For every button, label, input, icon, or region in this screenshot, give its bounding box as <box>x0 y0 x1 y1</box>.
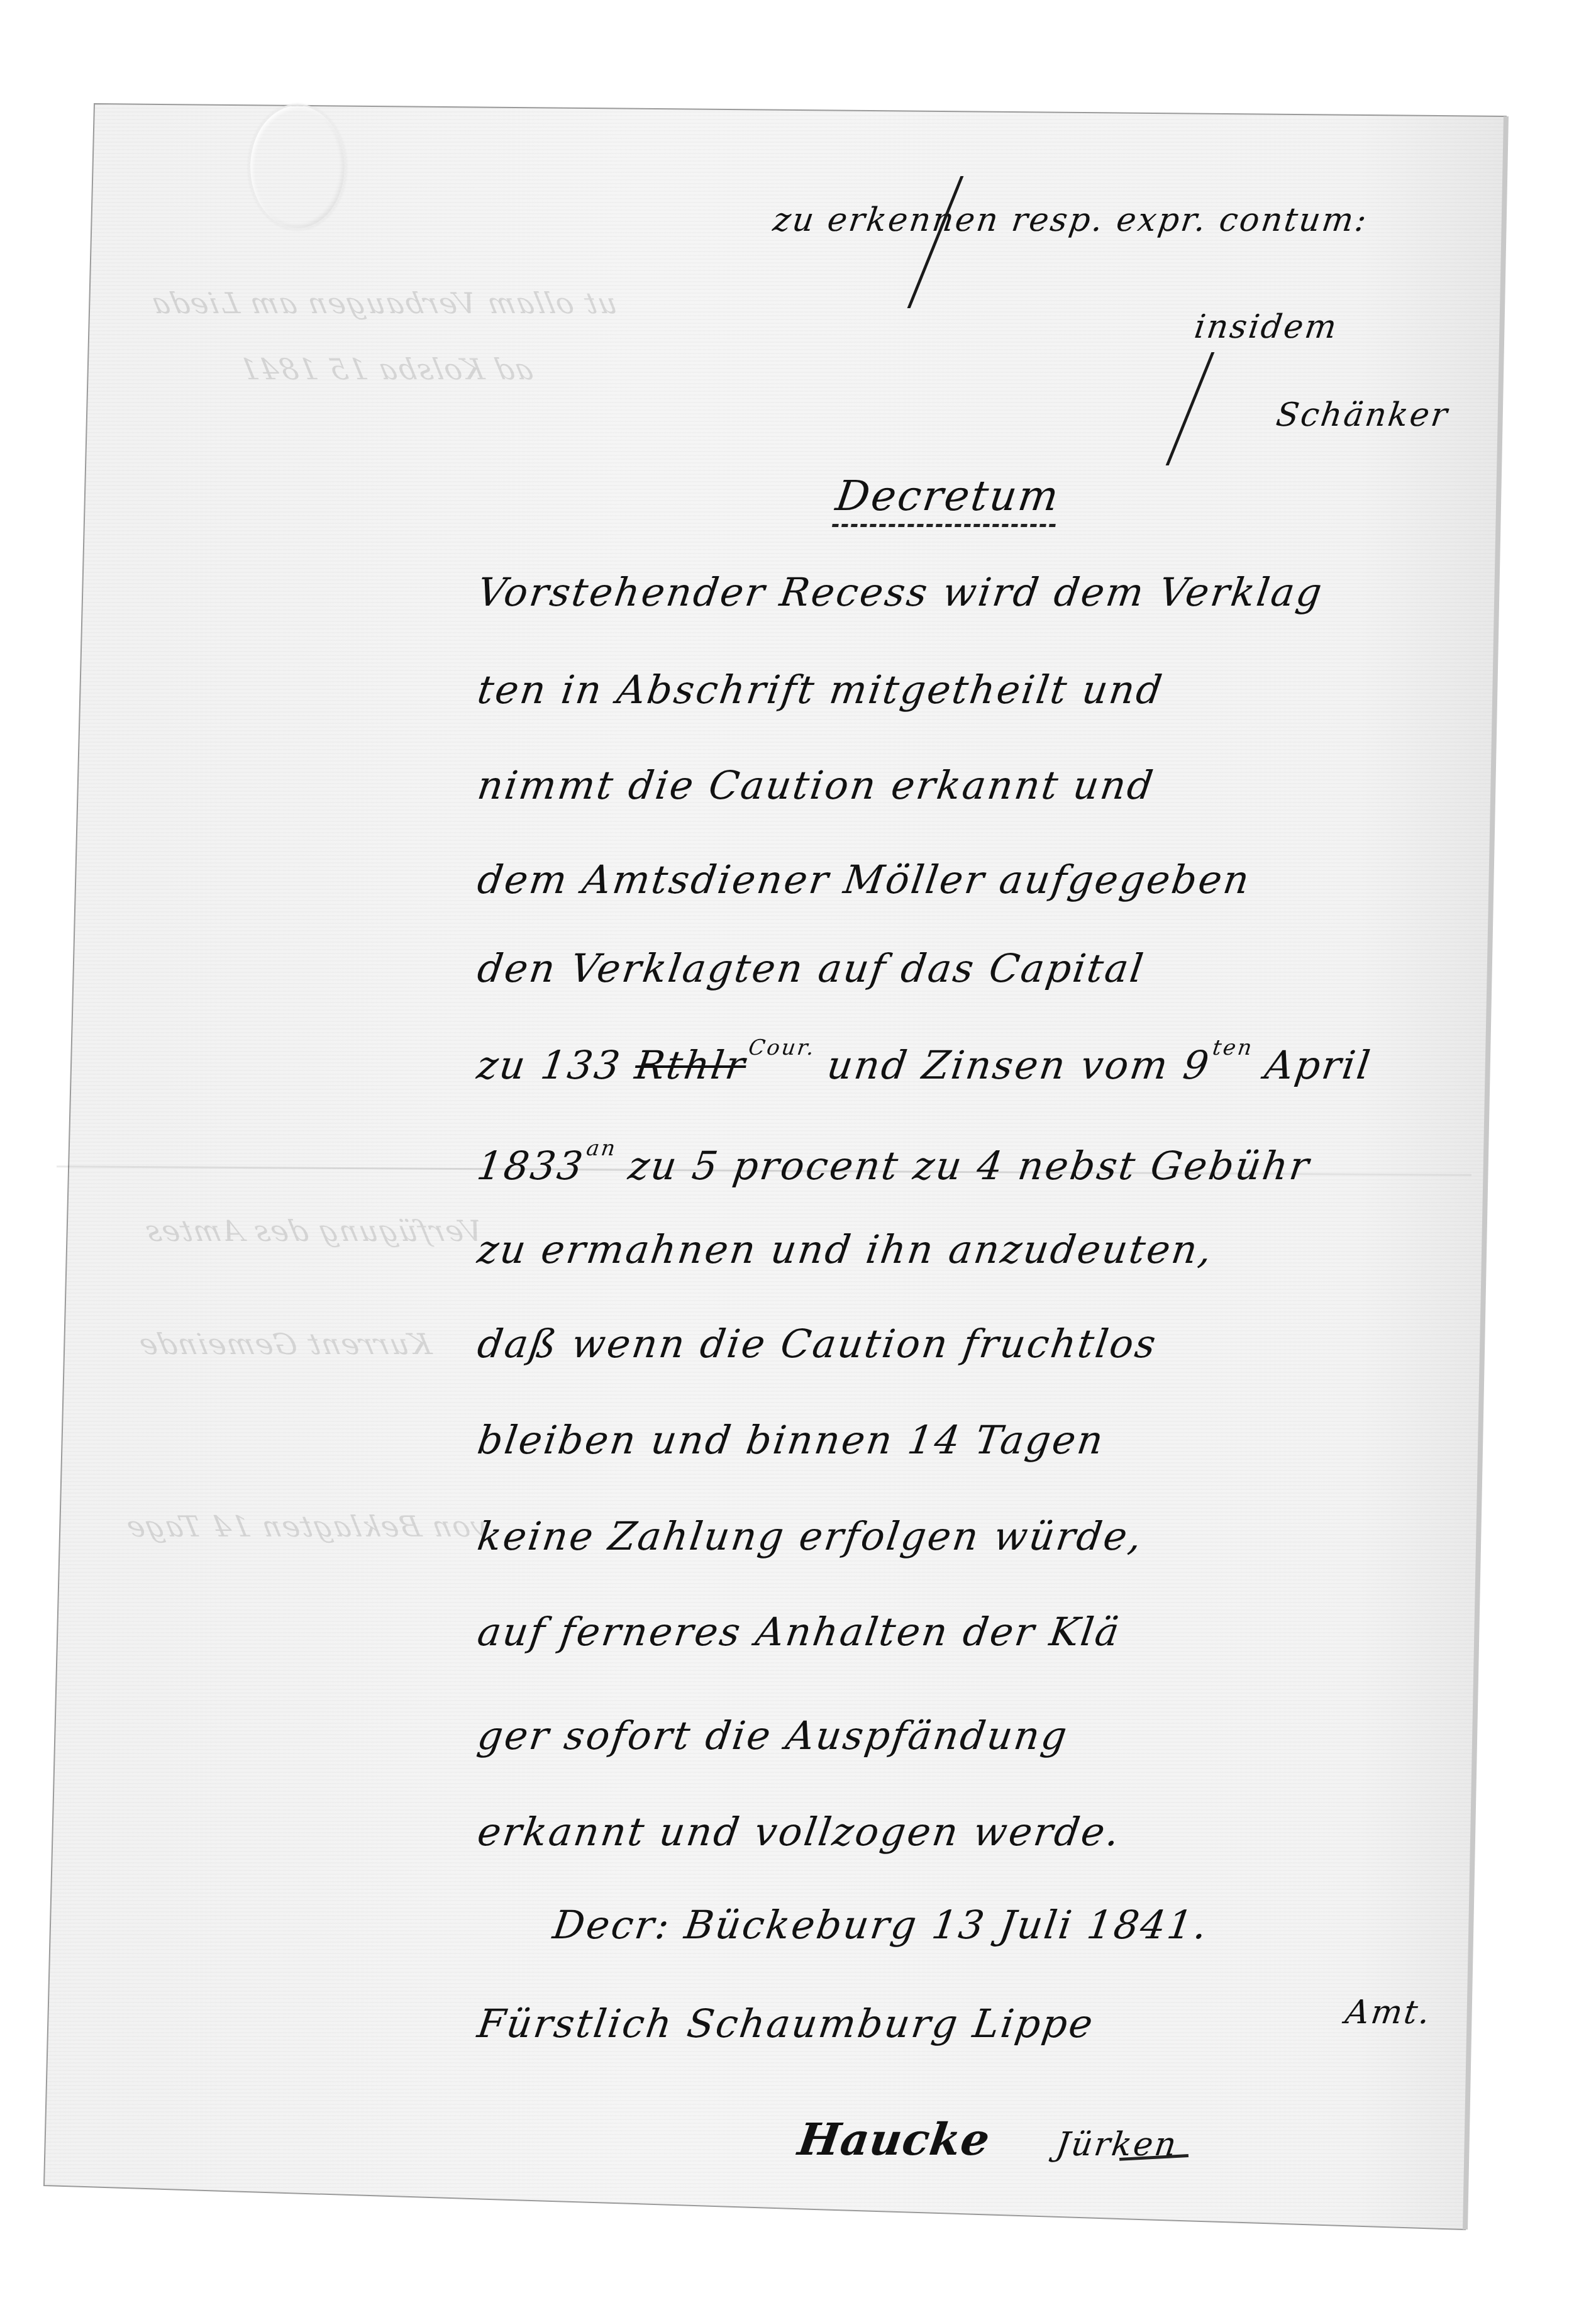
page-title: Decretum <box>833 472 1063 520</box>
signature-1: Haucke <box>795 2113 994 2165</box>
body-line: keine Zahlung erfolgen würde, <box>475 1513 1487 1559</box>
header-line-2: insidem <box>1192 308 1341 346</box>
decretum-title: Decretum <box>832 472 1063 527</box>
body-line: ten in Abschrift mitgetheilt und <box>475 667 1487 713</box>
month-text: April <box>1262 1042 1375 1088</box>
interest-text: und Zinsen vom 9 <box>824 1042 1214 1088</box>
authority-line: Fürstlich Schaumburg Lippe <box>475 2001 1236 2047</box>
body-line-amount: zu 133 RthlrCour. und Zinsen vom 9ten Ap… <box>474 1035 1488 1088</box>
bleed-through-text: von Beklagten 14 Tage <box>122 1509 490 1543</box>
amount-prefix: zu 133 <box>474 1042 624 1088</box>
bleed-through-text: ad Kolsba 15 1841 <box>235 352 536 386</box>
body-line-rate: 1833an zu 5 procent zu 4 nebst Gebühr <box>474 1136 1488 1189</box>
bleed-through-text: Verfügung des Amtes <box>141 1214 485 1248</box>
year-suffix: an <box>585 1136 619 1161</box>
bleed-through-text: ut ollam Verbaugen am Lieda <box>147 286 620 320</box>
body-line: den Verklagten auf das Capital <box>475 945 1487 991</box>
header-line-1: zu erkennen resp. expr. contum: <box>771 201 1371 239</box>
document-sheet: ut ollam Verbaugen am Lieda ad Kolsba 15… <box>0 0 1596 2305</box>
struck-currency: Rthlr <box>632 1042 749 1088</box>
body-line: daß wenn die Caution fruchtlos <box>475 1321 1487 1367</box>
date-line: Decr: Bückeburg 13 Juli 1841. <box>550 1902 1563 1948</box>
body-line: Vorstehender Recess wird dem Verklag <box>475 569 1487 615</box>
body-line: zu ermahnen und ihn anzudeuten, <box>475 1226 1487 1272</box>
currency-correction: Cour. <box>747 1035 817 1060</box>
authority-suffix: Amt. <box>1343 1994 1434 2031</box>
body-line: auf ferneres Anhalten der Klä <box>475 1609 1487 1655</box>
rate-text: zu 5 procent zu 4 nebst Gebühr <box>626 1143 1314 1189</box>
year-text: 1833 <box>474 1143 587 1189</box>
body-line: bleiben und binnen 14 Tagen <box>475 1417 1487 1463</box>
body-line: dem Amtsdiener Möller aufgegeben <box>475 857 1487 903</box>
body-line: erkannt und vollzogen werde. <box>475 1809 1487 1855</box>
embossed-seal-icon <box>248 104 346 230</box>
body-line: nimmt die Caution erkannt und <box>475 762 1487 808</box>
header-line-3: Schänker <box>1274 396 1451 434</box>
bleed-through-text: Kurrent Gemeinde <box>135 1327 434 1361</box>
ordinal-suffix: ten <box>1211 1035 1255 1060</box>
body-line: ger sofort die Auspfändung <box>475 1713 1487 1758</box>
